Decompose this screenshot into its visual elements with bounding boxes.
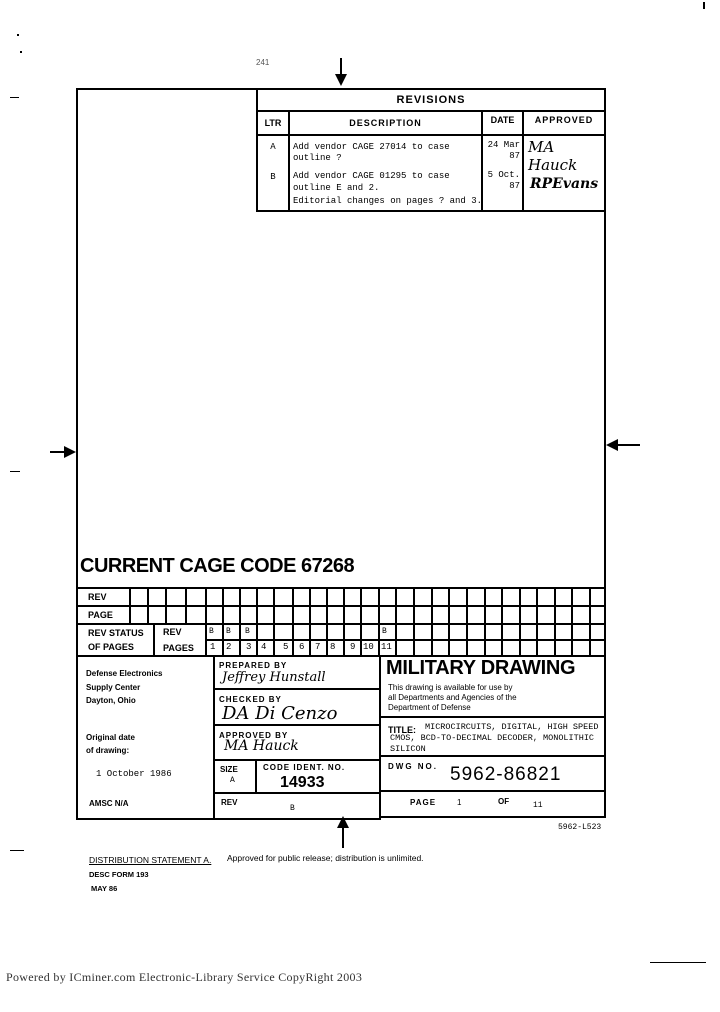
page-number-6: 6 xyxy=(299,642,304,652)
page-number-9: 9 xyxy=(350,642,355,652)
title-line1: MICROCIRCUITS, DIGITAL, HIGH SPEED xyxy=(425,722,598,732)
status-label-line2: OF PAGES xyxy=(88,642,134,652)
page-rev-11: B xyxy=(382,627,387,636)
revisions-title: REVISIONS xyxy=(258,94,604,106)
page-value: 1 xyxy=(457,798,461,807)
current-cage-code: CURRENT CAGE CODE 67268 xyxy=(80,555,354,578)
rev-a-desc-2: outline ? xyxy=(293,153,342,163)
military-drawing-heading: MILITARY DRAWING xyxy=(386,657,575,680)
dwg-no-label: DWG NO. xyxy=(388,762,438,771)
title-line2: CMOS, BCD-TO-DECIMAL DECODER, MONOLITHIC xyxy=(390,733,594,743)
code-ident-label: CODE IDENT. NO. xyxy=(263,763,345,772)
amsc: AMSC N/A xyxy=(89,799,129,808)
status-rev-label: REV xyxy=(163,627,182,637)
dwg-no-value: 5962-86821 xyxy=(450,764,561,786)
status-label-line1: REV STATUS xyxy=(88,628,144,638)
margin-mark xyxy=(650,962,706,963)
form-number: DESC FORM 193 xyxy=(89,870,149,879)
rev-b-desc-2: outline E and 2. xyxy=(293,183,379,193)
prepared-by-label: PREPARED BY xyxy=(219,661,287,670)
rev-a-date-1: 24 Mar xyxy=(482,140,520,150)
page-rev-1: B xyxy=(209,627,214,636)
rev-b-date-1: 5 Oct. xyxy=(482,170,520,180)
availability-line3: Department of Defense xyxy=(388,703,471,712)
rev-b-date-2: 87 xyxy=(482,181,520,191)
original-date-label1: Original date xyxy=(86,733,135,742)
powered-by: Powered by ICminer.com Electronic-Librar… xyxy=(6,970,362,985)
availability-line2: all Departments and Agencies of the xyxy=(388,693,517,702)
rev-a-ltr: A xyxy=(258,142,288,152)
checked-by-signature: DA Di Cenzo xyxy=(222,703,337,724)
page-rev-3: B xyxy=(245,627,250,636)
size-value: A xyxy=(230,776,235,785)
page-number-2: 2 xyxy=(226,642,231,652)
doc-code: 5962-L523 xyxy=(558,823,601,832)
margin-mark xyxy=(703,2,705,9)
page-number-7: 7 xyxy=(315,642,320,652)
grid-rev-label: REV xyxy=(88,592,107,602)
approved-by-signature: MA Hauck xyxy=(224,738,299,754)
margin-mark xyxy=(10,97,19,98)
form-date: MAY 86 xyxy=(91,884,117,893)
of-label: OF xyxy=(498,797,509,806)
rev-label: REV xyxy=(221,798,237,807)
rev-a-date-2: 87 xyxy=(482,151,520,161)
rev-b-ltr: B xyxy=(258,172,288,182)
page-number-11: 11 xyxy=(381,642,392,652)
distribution-statement-label: DISTRIBUTION STATEMENT A. xyxy=(89,855,211,865)
col-header-ltr: LTR xyxy=(258,118,288,128)
page-number-3: 3 xyxy=(246,642,251,652)
page-number-10: 10 xyxy=(363,642,374,652)
of-value: 11 xyxy=(533,801,543,810)
agency-line2: Supply Center xyxy=(86,683,140,692)
rev-a-approved-signature: MA Hauck xyxy=(528,138,604,174)
col-header-description: DESCRIPTION xyxy=(290,118,481,128)
page-number-5: 5 xyxy=(283,642,288,652)
rev-b-approved-signature: RPEvans xyxy=(530,176,598,192)
prepared-by-signature: Jeffrey Hunstall xyxy=(222,670,326,685)
rev-b-desc-3: Editorial changes on pages ? and 3. xyxy=(293,196,482,206)
revisions-table: REVISIONS LTR DESCRIPTION DATE APPROVED … xyxy=(256,88,606,212)
agency-line3: Dayton, Ohio xyxy=(86,696,136,705)
distribution-statement-text: Approved for public release; distributio… xyxy=(227,853,424,863)
col-header-date: DATE xyxy=(483,115,522,125)
page-label: PAGE xyxy=(410,798,436,807)
margin-mark xyxy=(20,51,22,53)
page-number-4: 4 xyxy=(261,642,266,652)
original-date: 1 October 1986 xyxy=(96,769,172,779)
agency-line1: Defense Electronics xyxy=(86,669,162,678)
page-number-8: 8 xyxy=(330,642,335,652)
rev-value: B xyxy=(290,804,295,813)
status-pages-label: PAGES xyxy=(163,643,194,653)
grid-page-label: PAGE xyxy=(88,610,113,620)
availability-line1: This drawing is available for use by xyxy=(388,683,513,692)
page-rev-2: B xyxy=(226,627,231,636)
col-header-approved: APPROVED xyxy=(524,115,604,125)
code-ident-value: 14933 xyxy=(280,774,325,792)
margin-mark xyxy=(17,34,19,36)
rev-a-desc-1: Add vendor CAGE 27014 to case xyxy=(293,142,450,152)
margin-mark xyxy=(10,471,20,472)
rev-b-desc-1: Add vendor CAGE 01295 to case xyxy=(293,171,450,181)
size-label: SIZE xyxy=(220,765,238,774)
margin-mark xyxy=(10,850,24,851)
original-date-label2: of drawing: xyxy=(86,746,129,755)
title-line3: SILICON xyxy=(390,744,426,754)
page-number-1: 1 xyxy=(210,642,215,652)
top-scribble: 241 xyxy=(256,58,269,67)
